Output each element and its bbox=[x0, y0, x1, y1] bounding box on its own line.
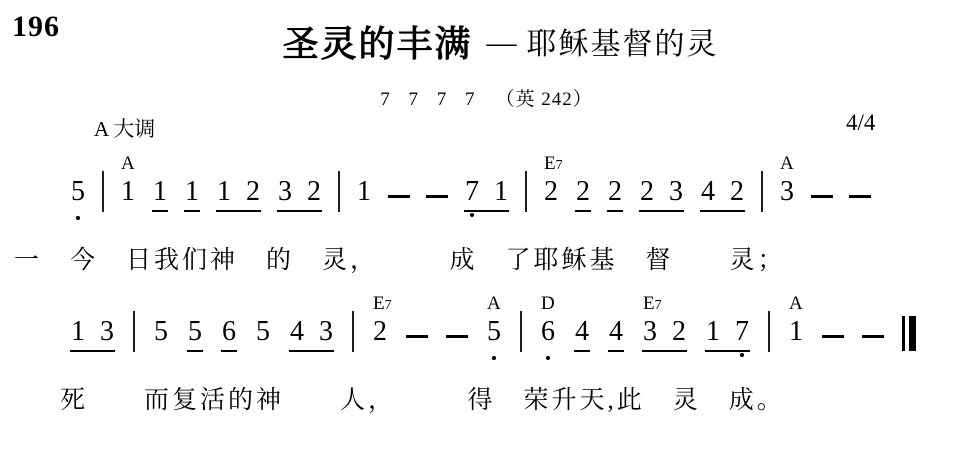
duration-dash bbox=[822, 335, 844, 338]
english-hymn-reference: （英 242） bbox=[495, 89, 592, 110]
note-token: 6 bbox=[221, 317, 237, 352]
lyrics-line-2: 死 而复活的神 人， 得 荣升天,此 灵 成。 bbox=[0, 380, 785, 416]
chord-label: E7 bbox=[544, 154, 563, 175]
note: 2 bbox=[575, 177, 591, 212]
underline-group: 17 bbox=[705, 317, 750, 352]
note: 2 bbox=[639, 177, 655, 207]
barline bbox=[102, 171, 104, 212]
octave-dot bbox=[740, 353, 744, 357]
duration-dash bbox=[406, 335, 428, 338]
note: 1 bbox=[705, 317, 721, 347]
note: 5 bbox=[153, 317, 169, 352]
title-separator: — bbox=[487, 26, 517, 59]
note: 2 bbox=[671, 317, 687, 347]
note-token: 5 bbox=[187, 317, 203, 352]
note: 5 bbox=[486, 317, 502, 352]
note-token: 5 bbox=[70, 177, 86, 212]
note-token: A1 bbox=[788, 317, 804, 352]
underline-group: 23 bbox=[639, 177, 684, 212]
hymn-sheet: 196 圣灵的丰满—耶稣基督的灵 7 7 7 7（英 242） A 大调 4/4… bbox=[0, 0, 953, 451]
note: 4 bbox=[289, 317, 305, 347]
underline-group: 13 bbox=[70, 317, 115, 352]
note-token: D6 bbox=[540, 317, 556, 352]
underline-group: 32 bbox=[277, 177, 322, 212]
octave-dot bbox=[76, 216, 80, 220]
note: 2 bbox=[306, 177, 322, 207]
note: 3 bbox=[642, 317, 658, 347]
time-signature: 4/4 bbox=[846, 110, 875, 136]
note-token: E72 bbox=[372, 317, 388, 352]
final-barline bbox=[902, 316, 916, 351]
note: 6 bbox=[221, 317, 237, 352]
duration-dash bbox=[849, 195, 871, 198]
key-signature: A 大调 bbox=[94, 113, 155, 143]
note-token: A5 bbox=[486, 317, 502, 352]
note: 5 bbox=[255, 317, 271, 352]
note: 1 bbox=[788, 317, 804, 352]
note: 1 bbox=[70, 317, 86, 347]
note-token: 5 bbox=[153, 317, 169, 352]
meter-row: 7 7 7 7（英 242） bbox=[0, 84, 953, 111]
note: 3 bbox=[318, 317, 334, 347]
note: 7 bbox=[464, 177, 480, 207]
octave-dot bbox=[470, 213, 474, 217]
note: 5 bbox=[187, 317, 203, 352]
note-token: 4 bbox=[574, 317, 590, 352]
note: 7 bbox=[734, 317, 750, 347]
chord-label: A bbox=[780, 154, 794, 173]
note: 2 bbox=[372, 317, 388, 352]
note-token: 1 bbox=[356, 177, 372, 212]
note: 3 bbox=[99, 317, 115, 347]
underline-group: 43 bbox=[289, 317, 334, 352]
barline bbox=[338, 171, 340, 212]
note: 3 bbox=[668, 177, 684, 207]
note-token: 2 bbox=[607, 177, 623, 212]
note: 1 bbox=[152, 177, 168, 212]
underline-group: 71 bbox=[464, 177, 509, 212]
octave-dot bbox=[546, 356, 550, 360]
barline bbox=[520, 311, 522, 352]
note: 4 bbox=[608, 317, 624, 352]
title-row: 圣灵的丰满—耶稣基督的灵 bbox=[0, 16, 953, 67]
note: 1 bbox=[184, 177, 200, 212]
note: 6 bbox=[540, 317, 556, 352]
note-token: 2 bbox=[575, 177, 591, 212]
chord-label: A bbox=[789, 294, 803, 313]
duration-dash bbox=[426, 195, 448, 198]
note: 4 bbox=[574, 317, 590, 352]
note-token: A1 bbox=[120, 177, 136, 212]
octave-dot bbox=[492, 356, 496, 360]
chord-suffix: 7 bbox=[655, 298, 662, 313]
note-token: E72 bbox=[543, 177, 559, 212]
duration-dash bbox=[388, 195, 410, 198]
note: 2 bbox=[729, 177, 745, 207]
chord-label: A bbox=[121, 154, 135, 173]
note-token: 1 bbox=[184, 177, 200, 212]
note: 3 bbox=[779, 177, 795, 212]
underline-group: E732 bbox=[642, 317, 687, 352]
chord-label: E7 bbox=[643, 294, 662, 315]
note: 1 bbox=[216, 177, 232, 207]
chord-label: A bbox=[487, 294, 501, 313]
note: 5 bbox=[70, 177, 86, 212]
note: 4 bbox=[700, 177, 716, 207]
note: 1 bbox=[356, 177, 372, 212]
barline bbox=[761, 171, 763, 212]
note: 3 bbox=[277, 177, 293, 207]
chord-suffix: 7 bbox=[385, 298, 392, 313]
chord-suffix: 7 bbox=[556, 158, 563, 173]
meter-numbers: 7 7 7 7 bbox=[380, 89, 481, 110]
barline bbox=[768, 311, 770, 352]
music-line-2: 13556543E72A5D644E73217A1 bbox=[70, 317, 916, 352]
hymn-title: 圣灵的丰满 bbox=[282, 24, 472, 64]
note: 2 bbox=[245, 177, 261, 207]
note: 1 bbox=[493, 177, 509, 207]
note-token: A3 bbox=[779, 177, 795, 212]
chord-label: D bbox=[541, 294, 555, 313]
note-token: 4 bbox=[608, 317, 624, 352]
lyrics-line-1: 一 今 日我们神 的 灵， 成 了耶稣基 督 灵； bbox=[0, 240, 786, 276]
barline bbox=[525, 171, 527, 212]
note: 2 bbox=[543, 177, 559, 212]
duration-dash bbox=[811, 195, 833, 198]
underline-group: 12 bbox=[216, 177, 261, 212]
note-token: 5 bbox=[255, 317, 271, 352]
underline-group: 42 bbox=[700, 177, 745, 212]
music-line-1: 5A1111232171E72222342A3 bbox=[70, 177, 871, 212]
note: 2 bbox=[607, 177, 623, 212]
barline bbox=[133, 311, 135, 352]
duration-dash bbox=[862, 335, 884, 338]
hymn-subtitle: 耶稣基督的灵 bbox=[527, 28, 719, 61]
duration-dash bbox=[446, 335, 468, 338]
note: 1 bbox=[120, 177, 136, 212]
note-token: 1 bbox=[152, 177, 168, 212]
chord-label: E7 bbox=[373, 294, 392, 315]
barline bbox=[352, 311, 354, 352]
